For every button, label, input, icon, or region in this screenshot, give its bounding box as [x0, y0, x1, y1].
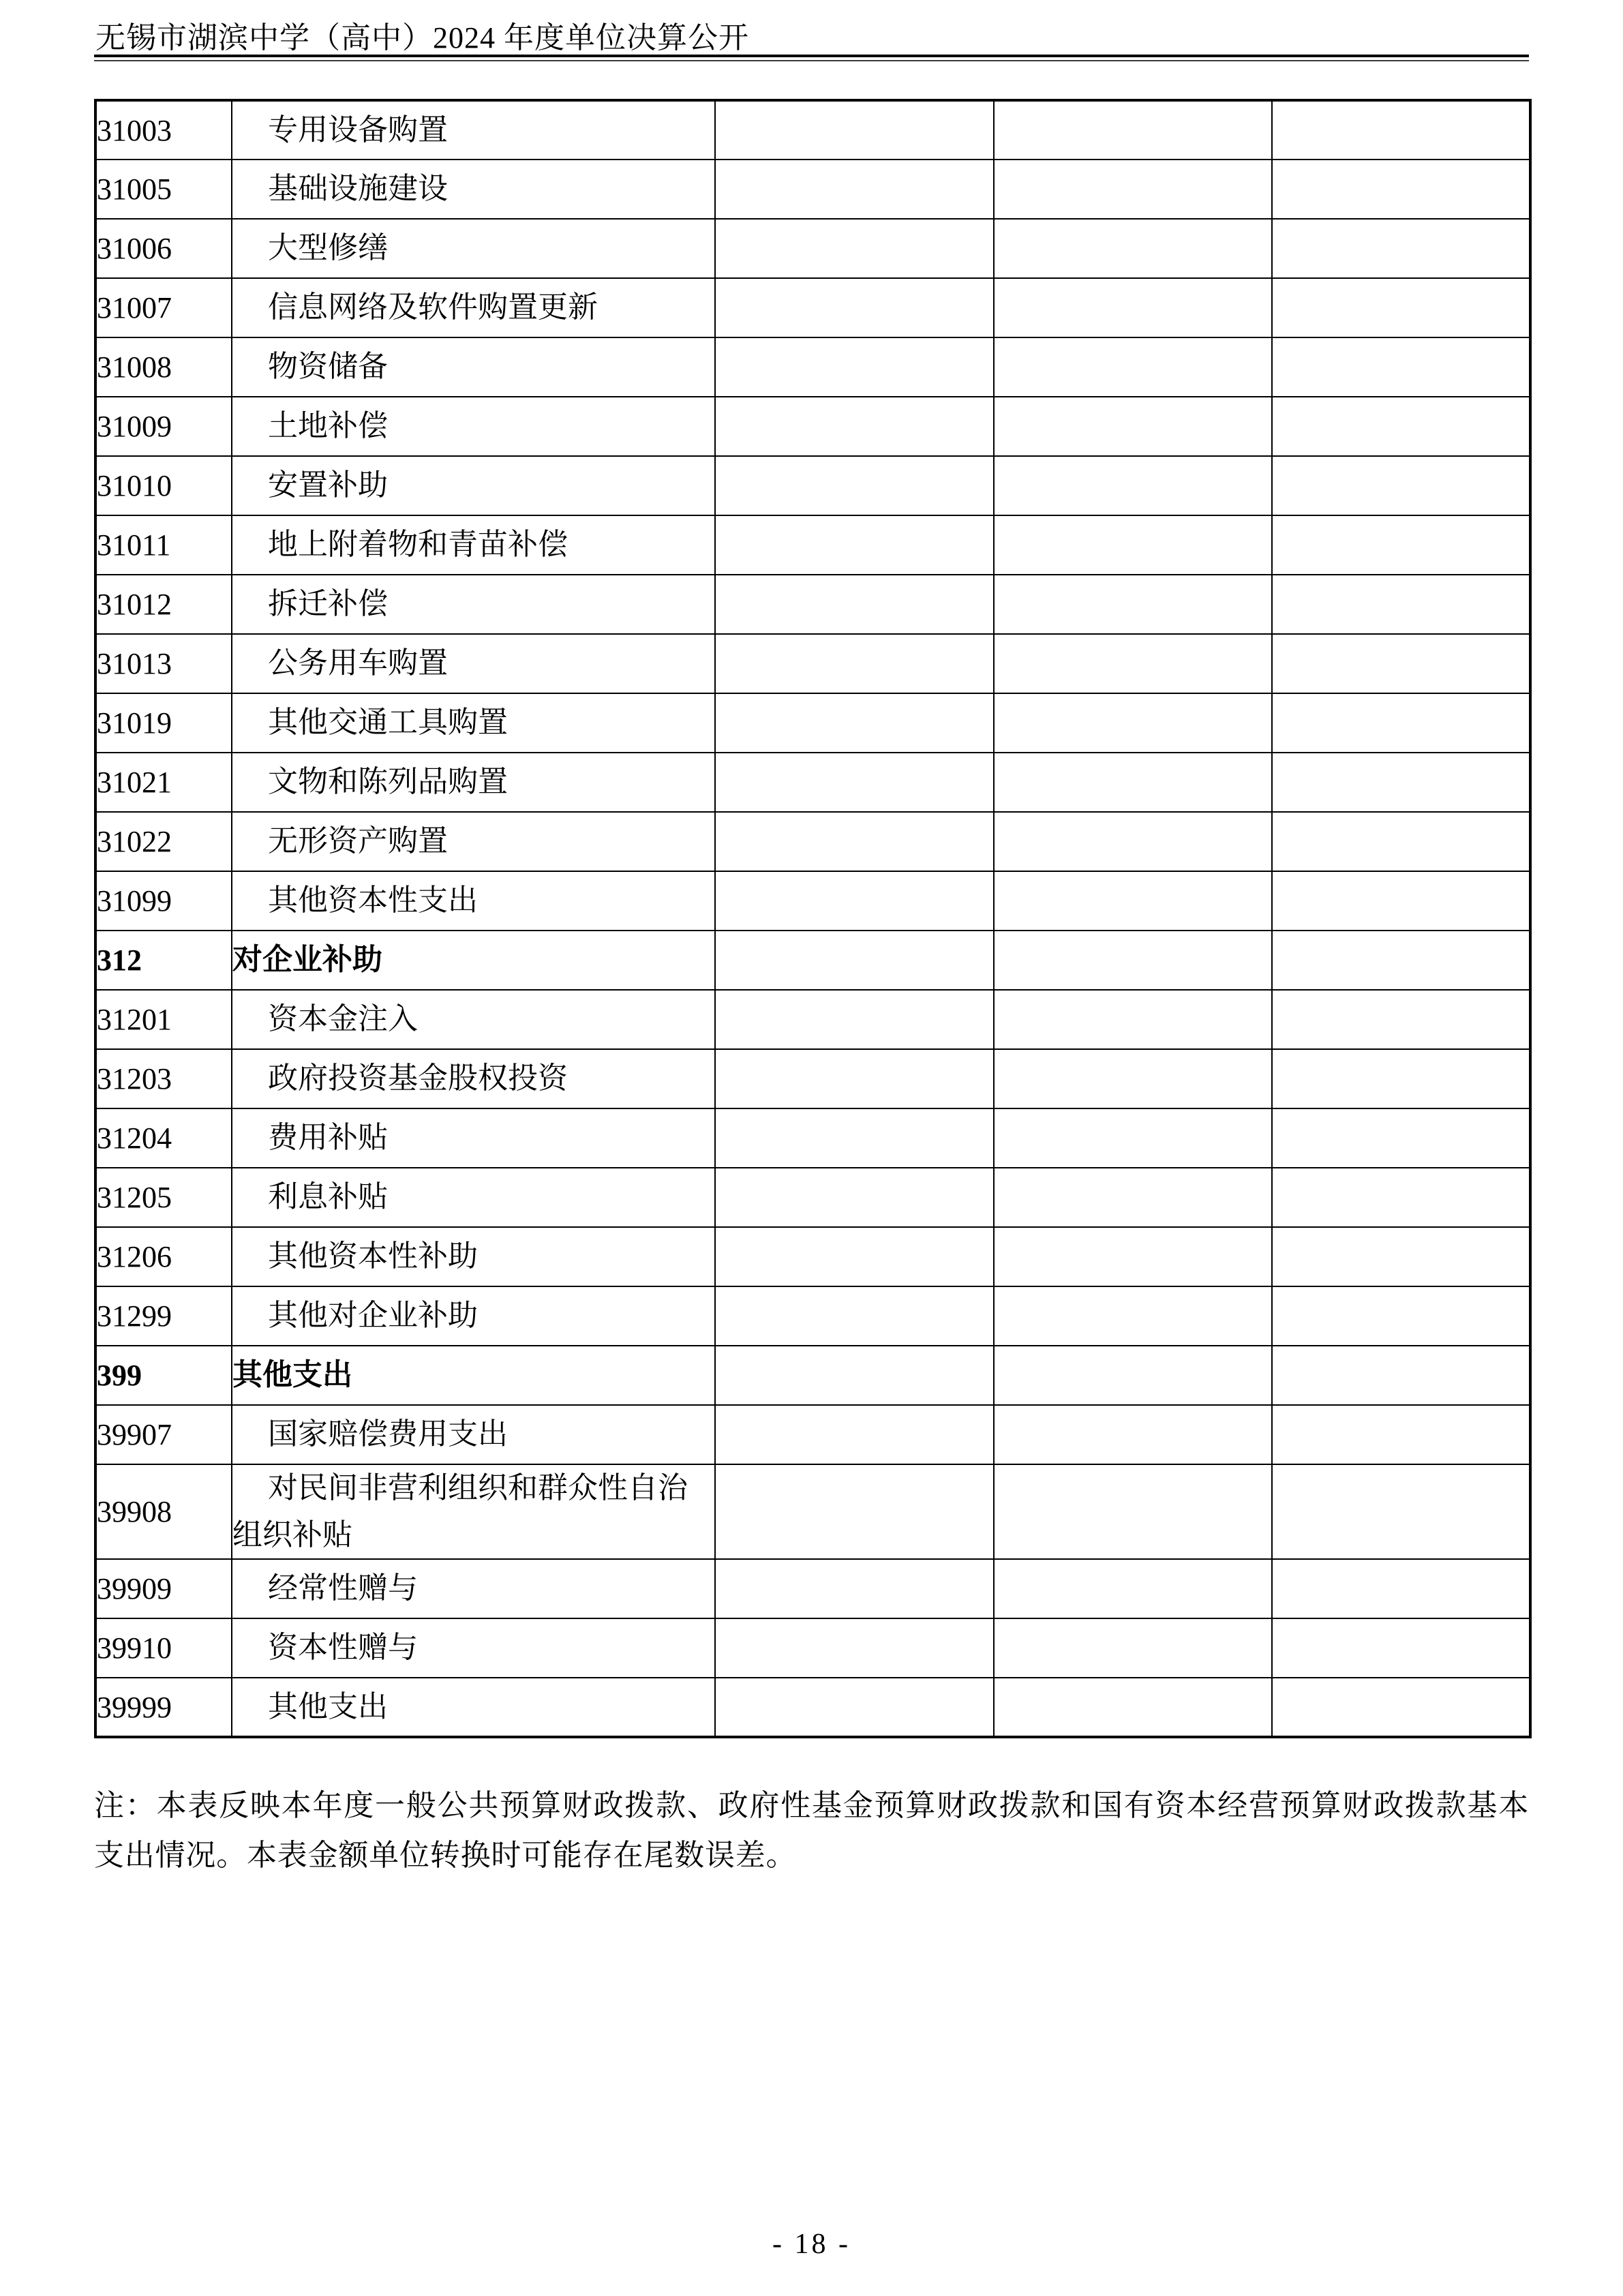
value-cell-empty — [994, 1049, 1272, 1108]
subject-name-cell: 其他对企业补助 — [232, 1286, 715, 1346]
subject-code-cell: 31205 — [95, 1168, 232, 1227]
value-cell-empty — [715, 753, 994, 812]
subject-name-cell: 国家赔偿费用支出 — [232, 1405, 715, 1464]
value-cell-empty — [994, 1464, 1272, 1559]
value-cell-empty — [1272, 1049, 1530, 1108]
subject-name-cell: 利息补贴 — [232, 1168, 715, 1227]
value-cell-empty — [715, 1618, 994, 1678]
value-cell-empty — [994, 812, 1272, 871]
table-row: 31206其他资本性补助 — [95, 1227, 1530, 1286]
subject-name-cell: 对民间非营利组织和群众性自治组织补贴 — [232, 1464, 715, 1559]
subject-name-cell: 安置补助 — [232, 456, 715, 515]
page-number: - 18 - — [0, 2228, 1623, 2261]
subject-name-cell: 土地补偿 — [232, 397, 715, 456]
table-row: 399其他支出 — [95, 1346, 1530, 1405]
value-cell-empty — [1272, 1464, 1530, 1559]
value-cell-empty — [715, 1168, 994, 1227]
document-page: 无锡市湖滨中学（高中）2024 年度单位决算公开 31003专用设备购置3100… — [0, 0, 1623, 2296]
table-row: 312对企业补助 — [95, 931, 1530, 990]
subject-code-cell: 31299 — [95, 1286, 232, 1346]
value-cell-empty — [1272, 1559, 1530, 1618]
subject-name-cell: 信息网络及软件购置更新 — [232, 278, 715, 337]
value-cell-empty — [715, 990, 994, 1049]
value-cell-empty — [1272, 515, 1530, 575]
subject-name-text: 拆迁补偿 — [232, 581, 714, 627]
table-row: 31021文物和陈列品购置 — [95, 753, 1530, 812]
value-cell-empty — [994, 1168, 1272, 1227]
value-cell-empty — [1272, 456, 1530, 515]
subject-code-cell: 39907 — [95, 1405, 232, 1464]
subject-name-text: 安置补助 — [232, 462, 714, 509]
table-row: 31019其他交通工具购置 — [95, 693, 1530, 753]
value-cell-empty — [994, 219, 1272, 278]
value-cell-empty — [1272, 397, 1530, 456]
value-cell-empty — [1272, 278, 1530, 337]
subject-name-text: 对企业补助 — [232, 937, 714, 983]
subject-code-cell: 39908 — [95, 1464, 232, 1559]
value-cell-empty — [1272, 1678, 1530, 1737]
value-cell-empty — [1272, 1227, 1530, 1286]
subject-code-cell: 31003 — [95, 100, 232, 160]
subject-name-cell: 文物和陈列品购置 — [232, 753, 715, 812]
value-cell-empty — [1272, 871, 1530, 931]
subject-name-cell: 资本金注入 — [232, 990, 715, 1049]
value-cell-empty — [1272, 219, 1530, 278]
subject-name-text: 资本金注入 — [232, 996, 714, 1042]
value-cell-empty — [994, 100, 1272, 160]
subject-code-cell: 31203 — [95, 1049, 232, 1108]
subject-code-cell: 31019 — [95, 693, 232, 753]
table-row: 31007信息网络及软件购置更新 — [95, 278, 1530, 337]
value-cell-empty — [994, 753, 1272, 812]
subject-name-cell: 经常性赠与 — [232, 1559, 715, 1618]
value-cell-empty — [994, 871, 1272, 931]
value-cell-empty — [715, 397, 994, 456]
subject-name-text: 国家赔偿费用支出 — [232, 1411, 714, 1457]
subject-code-cell: 31008 — [95, 337, 232, 397]
value-cell-empty — [715, 1108, 994, 1168]
value-cell-empty — [715, 337, 994, 397]
value-cell-empty — [1272, 990, 1530, 1049]
subject-code-cell: 31007 — [95, 278, 232, 337]
value-cell-empty — [994, 515, 1272, 575]
value-cell-empty — [1272, 634, 1530, 693]
subject-code-cell: 39909 — [95, 1559, 232, 1618]
value-cell-empty — [994, 1108, 1272, 1168]
value-cell-empty — [994, 1227, 1272, 1286]
value-cell-empty — [994, 1678, 1272, 1737]
subject-name-text: 土地补偿 — [232, 403, 714, 449]
value-cell-empty — [1272, 812, 1530, 871]
value-cell-empty — [715, 575, 994, 634]
subject-name-cell: 无形资产购置 — [232, 812, 715, 871]
page-header-title: 无锡市湖滨中学（高中）2024 年度单位决算公开 — [95, 23, 749, 53]
value-cell-empty — [715, 1405, 994, 1464]
value-cell-empty — [994, 634, 1272, 693]
table-row: 39909经常性赠与 — [95, 1559, 1530, 1618]
subject-name-cell: 政府投资基金股权投资 — [232, 1049, 715, 1108]
subject-name-text: 其他支出 — [232, 1352, 714, 1398]
subject-name-text: 公务用车购置 — [232, 640, 714, 686]
subject-name-text: 地上附着物和青苗补偿 — [232, 522, 714, 568]
subject-name-cell: 对企业补助 — [232, 931, 715, 990]
subject-name-text: 资本性赠与 — [232, 1625, 714, 1671]
value-cell-empty — [1272, 931, 1530, 990]
subject-code-cell: 39999 — [95, 1678, 232, 1737]
table-row: 31201资本金注入 — [95, 990, 1530, 1049]
table-row: 31299其他对企业补助 — [95, 1286, 1530, 1346]
value-cell-empty — [1272, 693, 1530, 753]
subject-code-cell: 31006 — [95, 219, 232, 278]
subject-name-text: 其他资本性支出 — [232, 877, 714, 924]
value-cell-empty — [994, 575, 1272, 634]
subject-name-text: 其他交通工具购置 — [232, 699, 714, 746]
value-cell-empty — [1272, 100, 1530, 160]
subject-name-text: 其他对企业补助 — [232, 1293, 714, 1339]
value-cell-empty — [715, 693, 994, 753]
subject-name-text: 经常性赠与 — [232, 1565, 714, 1612]
subject-name-cell: 其他资本性支出 — [232, 871, 715, 931]
value-cell-empty — [715, 871, 994, 931]
subject-name-cell: 其他支出 — [232, 1678, 715, 1737]
table-row: 39910资本性赠与 — [95, 1618, 1530, 1678]
table-row: 31203政府投资基金股权投资 — [95, 1049, 1530, 1108]
value-cell-empty — [715, 1678, 994, 1737]
subject-name-cell: 大型修缮 — [232, 219, 715, 278]
value-cell-empty — [715, 515, 994, 575]
header-rule-thin — [94, 60, 1529, 61]
value-cell-empty — [715, 931, 994, 990]
subject-name-cell: 基础设施建设 — [232, 160, 715, 219]
value-cell-empty — [715, 219, 994, 278]
subject-code-cell: 31013 — [95, 634, 232, 693]
subject-name-text: 信息网络及软件购置更新 — [232, 284, 714, 331]
table-row: 31205利息补贴 — [95, 1168, 1530, 1227]
table-row: 39907国家赔偿费用支出 — [95, 1405, 1530, 1464]
table-row: 31003专用设备购置 — [95, 100, 1530, 160]
table-row: 31099其他资本性支出 — [95, 871, 1530, 931]
subject-name-cell: 其他资本性补助 — [232, 1227, 715, 1286]
value-cell-empty — [994, 990, 1272, 1049]
subject-name-cell: 费用补贴 — [232, 1108, 715, 1168]
table-row: 31204费用补贴 — [95, 1108, 1530, 1168]
table-row: 31012拆迁补偿 — [95, 575, 1530, 634]
table-row: 31022无形资产购置 — [95, 812, 1530, 871]
subject-code-cell: 31011 — [95, 515, 232, 575]
subject-code-cell: 31005 — [95, 160, 232, 219]
value-cell-empty — [715, 1559, 994, 1618]
subject-name-cell: 地上附着物和青苗补偿 — [232, 515, 715, 575]
value-cell-empty — [994, 693, 1272, 753]
subject-code-cell: 31204 — [95, 1108, 232, 1168]
value-cell-empty — [1272, 1618, 1530, 1678]
value-cell-empty — [1272, 1168, 1530, 1227]
subject-name-text: 物资储备 — [232, 344, 714, 390]
subject-code-cell: 31012 — [95, 575, 232, 634]
subject-name-cell: 其他支出 — [232, 1346, 715, 1405]
subject-code-cell: 312 — [95, 931, 232, 990]
subject-name-text: 利息补贴 — [232, 1174, 714, 1220]
value-cell-empty — [715, 100, 994, 160]
value-cell-empty — [994, 456, 1272, 515]
subject-name-cell: 专用设备购置 — [232, 100, 715, 160]
value-cell-empty — [715, 160, 994, 219]
table-row: 39908对民间非营利组织和群众性自治组织补贴 — [95, 1464, 1530, 1559]
subject-code-cell: 31009 — [95, 397, 232, 456]
value-cell-empty — [994, 1346, 1272, 1405]
value-cell-empty — [994, 337, 1272, 397]
value-cell-empty — [994, 1286, 1272, 1346]
subject-name-cell: 资本性赠与 — [232, 1618, 715, 1678]
value-cell-empty — [715, 1286, 994, 1346]
subject-name-text: 无形资产购置 — [232, 818, 714, 864]
budget-economic-classification-table: 31003专用设备购置31005基础设施建设31006大型修缮31007信息网络… — [94, 99, 1532, 1738]
table-row: 39999其他支出 — [95, 1678, 1530, 1737]
value-cell-empty — [715, 1227, 994, 1286]
value-cell-empty — [1272, 1346, 1530, 1405]
table-row: 31010安置补助 — [95, 456, 1530, 515]
table-row: 31011地上附着物和青苗补偿 — [95, 515, 1530, 575]
table-row: 31009土地补偿 — [95, 397, 1530, 456]
subject-code-cell: 31206 — [95, 1227, 232, 1286]
table-row: 31008物资储备 — [95, 337, 1530, 397]
subject-name-text: 其他资本性补助 — [232, 1233, 714, 1280]
subject-name-text: 基础设施建设 — [232, 166, 714, 212]
subject-code-cell: 31021 — [95, 753, 232, 812]
subject-name-cell: 物资储备 — [232, 337, 715, 397]
value-cell-empty — [715, 456, 994, 515]
value-cell-empty — [715, 1049, 994, 1108]
subject-name-text: 政府投资基金股权投资 — [232, 1055, 714, 1102]
table-row: 31006大型修缮 — [95, 219, 1530, 278]
value-cell-empty — [994, 278, 1272, 337]
value-cell-empty — [994, 1405, 1272, 1464]
subject-name-cell: 拆迁补偿 — [232, 575, 715, 634]
value-cell-empty — [994, 160, 1272, 219]
table-footnote: 注：本表反映本年度一般公共预算财政拨款、政府性基金预算财政拨款和国有资本经营预算… — [94, 1781, 1529, 1880]
subject-name-text: 大型修缮 — [232, 225, 714, 271]
value-cell-empty — [1272, 1286, 1530, 1346]
subject-name-text: 对民间非营利组织和群众性自治组织补贴 — [232, 1465, 714, 1558]
value-cell-empty — [1272, 1108, 1530, 1168]
subject-name-cell: 其他交通工具购置 — [232, 693, 715, 753]
subject-name-cell: 公务用车购置 — [232, 634, 715, 693]
table-row: 31013公务用车购置 — [95, 634, 1530, 693]
value-cell-empty — [715, 812, 994, 871]
header-rule-thick — [94, 55, 1529, 57]
value-cell-empty — [1272, 753, 1530, 812]
value-cell-empty — [1272, 337, 1530, 397]
value-cell-empty — [994, 397, 1272, 456]
value-cell-empty — [715, 634, 994, 693]
value-cell-empty — [994, 1618, 1272, 1678]
subject-name-text: 文物和陈列品购置 — [232, 759, 714, 805]
subject-name-text: 其他支出 — [232, 1684, 714, 1730]
subject-code-cell: 399 — [95, 1346, 232, 1405]
subject-code-cell: 31010 — [95, 456, 232, 515]
subject-code-cell: 31022 — [95, 812, 232, 871]
value-cell-empty — [1272, 575, 1530, 634]
subject-name-text: 费用补贴 — [232, 1115, 714, 1161]
value-cell-empty — [994, 931, 1272, 990]
subject-code-cell: 31099 — [95, 871, 232, 931]
table-row: 31005基础设施建设 — [95, 160, 1530, 219]
value-cell-empty — [1272, 1405, 1530, 1464]
subject-name-text: 专用设备购置 — [232, 107, 714, 153]
subject-code-cell: 39910 — [95, 1618, 232, 1678]
subject-code-cell: 31201 — [95, 990, 232, 1049]
value-cell-empty — [715, 278, 994, 337]
value-cell-empty — [1272, 160, 1530, 219]
value-cell-empty — [715, 1346, 994, 1405]
value-cell-empty — [994, 1559, 1272, 1618]
value-cell-empty — [715, 1464, 994, 1559]
